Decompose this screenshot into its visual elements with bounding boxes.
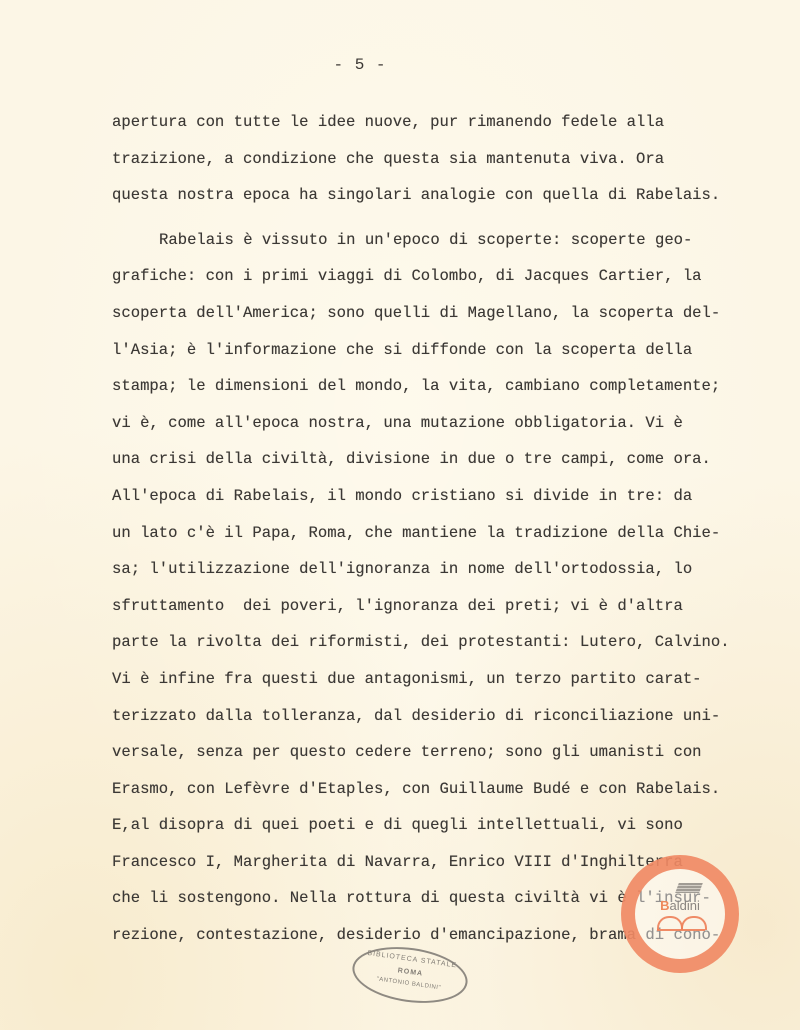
text-line: apertura con tutte le idee nuove, pur ri… — [112, 104, 752, 141]
text-line: terizzato dalla tolleranza, dal desideri… — [112, 698, 752, 735]
text-line: Vi è infine fra questi due antagonismi, … — [112, 661, 752, 698]
text-line: parte la rivolta dei riformisti, dei pro… — [112, 624, 752, 661]
open-book-left-icon — [657, 916, 683, 930]
watermark-initial: B — [660, 898, 669, 913]
baldini-watermark-logo: Baldini — [621, 855, 739, 973]
book-stack-icon — [675, 883, 703, 893]
text-line: questa nostra epoca ha singolari analogi… — [112, 177, 752, 214]
text-line: sa; l'utilizzazione dell'ignoranza in no… — [112, 551, 752, 588]
text-line: Erasmo, con Lefèvre d'Etaples, con Guill… — [112, 771, 752, 808]
text-line: trazizione, a condizione che questa sia … — [112, 141, 752, 178]
text-line: l'Asia; è l'informazione che si diffonde… — [112, 332, 752, 369]
document-page: - 5 - apertura con tutte le idee nuove, … — [0, 0, 800, 1030]
text-line: grafiche: con i primi viaggi di Colombo,… — [112, 258, 752, 295]
text-line: E,al disopra di quei poeti e di quegli i… — [112, 807, 752, 844]
text-line: All'epoca di Rabelais, il mondo cristian… — [112, 478, 752, 515]
text-line: un lato c'è il Papa, Roma, che mantiene … — [112, 515, 752, 552]
text-line: versale, senza per questo cedere terreno… — [112, 734, 752, 771]
open-book-base-icon — [657, 929, 705, 931]
paragraph-gap — [112, 214, 752, 222]
text-line: vi è, come all'epoca nostra, una mutazio… — [112, 405, 752, 442]
text-line: stampa; le dimensioni del mondo, la vita… — [112, 368, 752, 405]
text-line: una crisi della civiltà, divisione in du… — [112, 441, 752, 478]
watermark-label: Baldini — [635, 898, 725, 913]
text-line: sfruttamento dei poveri, l'ignoranza dei… — [112, 588, 752, 625]
open-book-right-icon — [681, 916, 707, 930]
typewritten-text: apertura con tutte le idee nuove, pur ri… — [112, 104, 752, 954]
page-number: - 5 - — [0, 56, 720, 74]
watermark-name: aldini — [670, 898, 700, 913]
text-line: scoperta dell'America; sono quelli di Ma… — [112, 295, 752, 332]
text-line: Rabelais è vissuto in un'epoco di scoper… — [112, 222, 752, 259]
